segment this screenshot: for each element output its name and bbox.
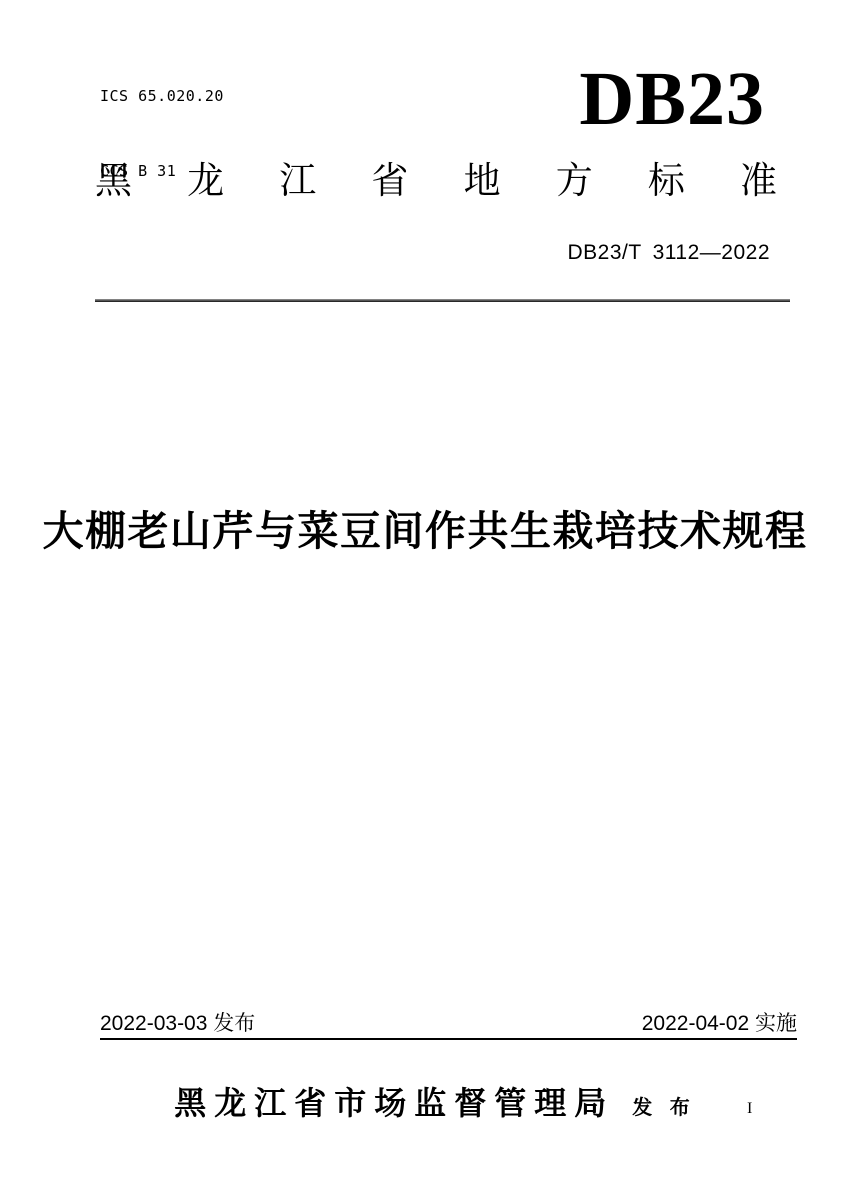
- standard-type-char: 江: [279, 160, 316, 202]
- implement-date: 2022-04-02 实施: [642, 1007, 797, 1037]
- publish-label: 发 布: [632, 1091, 696, 1120]
- page-number: I: [747, 1100, 752, 1118]
- standard-type-char: 黑: [95, 160, 132, 202]
- classification-codes: ICS 65.020.20 CCS B 31: [100, 34, 224, 234]
- standard-type-heading: 黑 龙 江 省 地 方 标 准: [95, 160, 777, 202]
- db23-logo: DB23: [579, 58, 765, 142]
- issuing-authority-row: 黑龙江省市场监督管理局 发 布: [10, 1078, 850, 1124]
- header-divider-rule: [95, 299, 790, 302]
- ics-code: ICS 65.020.20: [100, 84, 224, 109]
- issuing-authority: 黑龙江省市场监督管理局: [174, 1078, 614, 1124]
- standard-number: DB23/T 3112—2022: [567, 241, 770, 265]
- standard-cover-page: ICS 65.020.20 CCS B 31 DB23 黑 龙 江 省 地 方 …: [0, 0, 850, 1201]
- footer-divider-rule: [100, 1038, 797, 1040]
- standard-type-char: 方: [556, 160, 593, 202]
- standard-type-char: 省: [371, 160, 408, 202]
- standard-type-char: 龙: [187, 160, 224, 202]
- standard-type-char: 地: [464, 160, 501, 202]
- dates-row: 2022-03-03 发布 2022-04-02 实施: [100, 1007, 797, 1037]
- standard-type-char: 标: [648, 160, 685, 202]
- document-title: 大棚老山芹与菜豆间作共生栽培技术规程: [0, 498, 850, 557]
- standard-type-char: 准: [740, 160, 777, 202]
- issue-date: 2022-03-03 发布: [100, 1007, 255, 1037]
